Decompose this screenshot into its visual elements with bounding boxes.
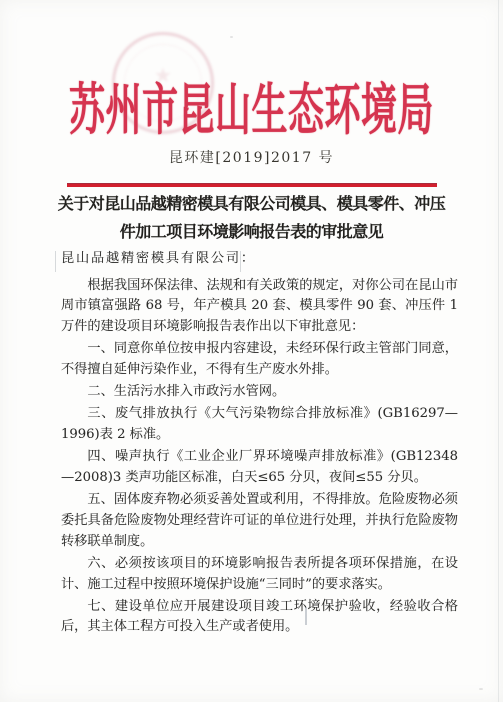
- agency-masthead: 苏州市昆山生态环境局: [0, 67, 503, 146]
- paragraph-item-7: 七、建设单位应开展建设项目竣工环境保护验收，经验收合格后，其主体工程方可投入生产…: [61, 597, 458, 638]
- scan-artifact-speck: [230, 36, 233, 38]
- paragraph-item-6: 六、必须按该项目的环境影响报告表所提各项环保措施，在设计、施工过程中按照环境保护…: [61, 554, 458, 595]
- scan-artifact-cursor-mark: [305, 607, 307, 625]
- scan-artifact-recipient-box-right: [240, 251, 241, 272]
- paragraph-item-5: 五、固体废弃物必须妥善处置或利用，不得排放。危险废物必须委托具备危险废物处理经营…: [61, 490, 458, 552]
- document-title: 关于对昆山品越精密模具有限公司模具、模具零件、冲压 件加工项目环境影响报告表的审…: [0, 190, 503, 246]
- scanned-document-page: ★ 苏州市昆山生态环境局 昆环建[2019]2017 号 关于对昆山品越精密模具…: [0, 0, 503, 702]
- paragraph-item-3: 三、废气排放执行《大气污染物综合排放标准》(GB16297—1996)表 2 标…: [61, 404, 458, 445]
- scan-artifact-page-edge: [498, 0, 499, 702]
- red-divider-rule: [67, 183, 437, 187]
- document-body: 昆山品越精密模具有限公司： 根据我国环保法律、法规和有关政策的规定，对你公司在昆…: [61, 249, 458, 638]
- paragraph-intro: 根据我国环保法律、法规和有关政策的规定，对你公司在昆山市周市镇富强路 68 号，…: [61, 276, 458, 338]
- paragraph-item-1: 一、同意你单位按申报内容建设，未经环保行政主管部门同意，不得擅自延伸污染作业，不…: [61, 339, 458, 380]
- scan-artifact-speck: [479, 688, 483, 690]
- recipient-line: 昆山品越精密模具有限公司：: [61, 249, 458, 270]
- document-title-line-1: 关于对昆山品越精密模具有限公司模具、模具零件、冲压: [0, 190, 503, 218]
- scan-artifact-recipient-box-left: [55, 251, 56, 272]
- paragraph-item-2: 二、生活污水排入市政污水管网。: [61, 382, 458, 403]
- document-title-line-2: 件加工项目环境影响报告表的审批意见: [0, 218, 503, 246]
- paragraph-item-4: 四、噪声执行《工业企业厂界环境噪声排放标准》(GB12348—2008)3 类声…: [61, 447, 458, 488]
- document-number: 昆环建[2019]2017 号: [0, 147, 503, 167]
